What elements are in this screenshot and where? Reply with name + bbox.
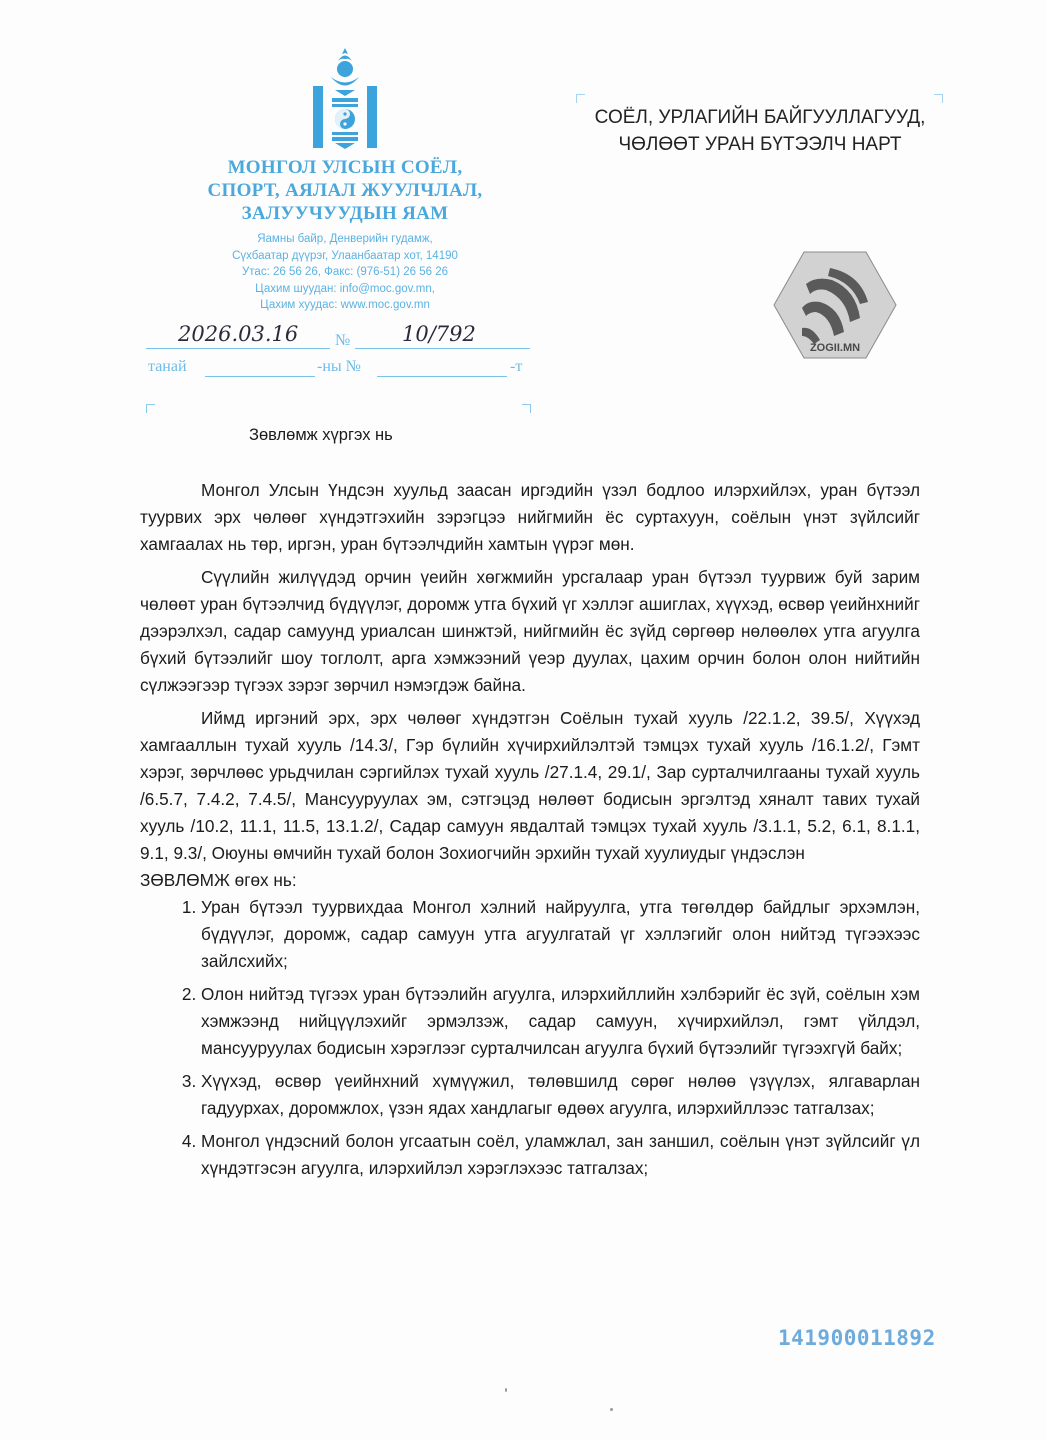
- your-ref-label: танай: [148, 358, 187, 376]
- recommendation-item: Монгол үндэсний болон угсаатын соёл, ула…: [201, 1128, 920, 1182]
- ministry-name: МОНГОЛ УЛСЫН СОЁЛ, СПОРТ, АЯЛАЛ ЖУУЛЧЛАЛ…: [150, 156, 540, 225]
- registration-stamp: 141900011892: [778, 1326, 936, 1350]
- letter-number: 10/792: [402, 322, 476, 346]
- letter-body: Монгол Улсын Үндсэн хуульд заасан иргэди…: [140, 477, 920, 1188]
- body-paragraph: Сүүлийн жилүүдэд орчин үеийн хөгжмийн ур…: [140, 564, 920, 699]
- ministry-address: Яамны байр, Денверийн гудамж, Сүхбаатар …: [150, 231, 540, 314]
- your-date-line: [205, 376, 315, 377]
- corner-mark: [146, 404, 155, 413]
- letter-subject: Зөвлөмж хүргэх нь: [249, 426, 393, 445]
- date-line: [146, 348, 330, 349]
- recommendation-item: Олон нийтэд түгээх уран бүтээлийн агуулг…: [201, 981, 920, 1062]
- recommendation-item: Хүүхэд, өсвөр үеийнхний хүмүүжил, төлөвш…: [201, 1068, 920, 1122]
- scan-speck: [505, 1388, 507, 1392]
- corner-mark: [576, 94, 585, 103]
- your-number-line: [377, 376, 507, 377]
- corner-mark: [522, 404, 531, 413]
- recommendation-heading: ЗӨВЛӨМЖ: [140, 870, 230, 890]
- zogii-logo-icon: ZOGII.MN: [772, 250, 898, 360]
- body-paragraph: Монгол Улсын Үндсэн хуульд заасан иргэди…: [140, 477, 920, 558]
- watermark-text: ZOGII.MN: [810, 342, 860, 354]
- number-label: №: [335, 332, 350, 350]
- soyombo-emblem-icon: [305, 44, 385, 156]
- recommendation-item: Уран бүтээл туурвихдаа Монгол хэлний най…: [201, 894, 920, 975]
- recommendation-list: Уран бүтээл туурвихдаа Монгол хэлний най…: [140, 894, 920, 1182]
- body-paragraph: Иймд иргэний эрх, эрх чөлөөг хүндэтгэн С…: [140, 705, 920, 894]
- recipient-address: СОЁЛ, УРЛАГИЙН БАЙГУУЛЛАГУУД, ЧӨЛӨӨТ УРА…: [570, 104, 950, 158]
- ref-end-suffix: -т: [510, 358, 522, 376]
- your-number-label: -ны №: [317, 358, 361, 376]
- number-line: [355, 348, 530, 349]
- letter-date: 2026.03.16: [178, 322, 298, 346]
- corner-mark: [934, 94, 943, 103]
- scan-speck: [610, 1408, 613, 1411]
